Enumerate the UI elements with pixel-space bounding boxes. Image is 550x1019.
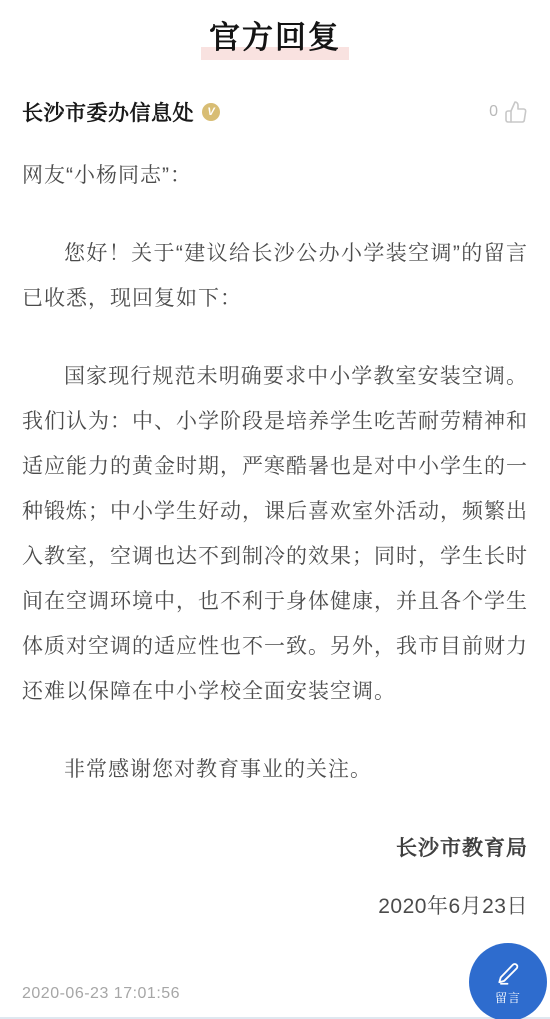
reply-paragraph: 国家现行规范未明确要求中小学教室安装空调。我们认为：中、小学阶段是培养学生吃苦耐…	[22, 354, 528, 714]
page-title-wrap: 官方回复	[22, 12, 528, 57]
reply-date: 2020年6月23日	[22, 890, 528, 920]
signature: 长沙市教育局	[22, 832, 528, 862]
like-count: 0	[489, 103, 498, 121]
page-title: 官方回复	[209, 12, 341, 57]
verified-badge-icon: V	[202, 103, 220, 121]
official-reply-page: 官方回复 长沙市委办信息处 V 0 网友“小杨同志”： 您好！关于“建议给长沙公…	[0, 0, 550, 1019]
author-info: 长沙市委办信息处 V	[22, 97, 220, 127]
thumbs-up-icon[interactable]	[504, 100, 528, 124]
author-row: 长沙市委办信息处 V 0	[22, 97, 528, 127]
fab-label: 留言	[495, 989, 521, 1006]
reply-paragraph: 非常感谢您对教育事业的关注。	[22, 747, 528, 792]
pencil-icon	[495, 961, 521, 987]
salutation: 网友“小杨同志”：	[22, 153, 528, 198]
author-name: 长沙市委办信息处	[22, 97, 194, 127]
reply-paragraph: 您好！关于“建议给长沙公办小学装空调”的留言已收悉，现回复如下：	[22, 231, 528, 321]
leave-message-fab[interactable]: 留言	[469, 943, 547, 1019]
like-button[interactable]: 0	[489, 100, 528, 124]
post-timestamp: 2020-06-23 17:01:56	[22, 985, 180, 1003]
